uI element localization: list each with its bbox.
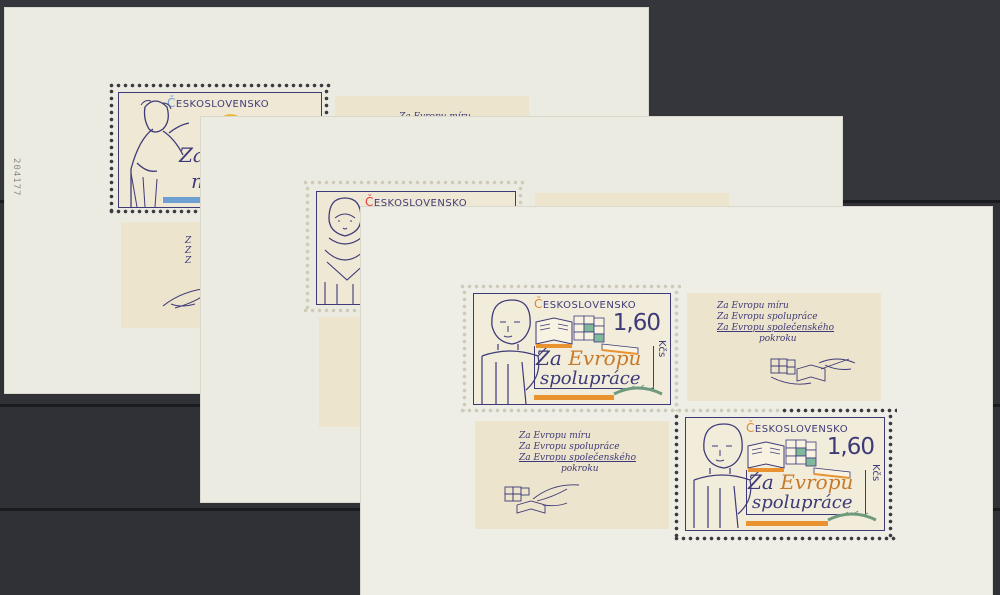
stamp-ground-band bbox=[746, 521, 828, 526]
perforation bbox=[108, 88, 116, 212]
perforation bbox=[302, 179, 526, 187]
sheet-label: Za Evropu míru Za Evropu spolupráce Za E… bbox=[687, 293, 881, 401]
stamp-currency: Kčs bbox=[656, 340, 667, 357]
label-text: Za Evropu míru Za Evropu spolupráce Za E… bbox=[519, 431, 636, 475]
books-and-wheat-illustration bbox=[503, 483, 583, 517]
wheat-ear-illustration bbox=[614, 384, 664, 398]
stamp-face-value: 1,60 bbox=[613, 310, 660, 336]
stamp-slogan: Za Evropu bbox=[748, 470, 853, 494]
perforation bbox=[673, 289, 681, 411]
stamp-slogan: Za Evropu bbox=[536, 346, 641, 370]
perforation bbox=[108, 82, 332, 90]
perforation bbox=[673, 413, 681, 539]
sheet-label: Za Evropu míru Za Evropu spolupráce Za E… bbox=[475, 421, 669, 529]
perforation bbox=[887, 413, 895, 539]
label-text: Za Evropu míru Za Evropu spolupráce Za E… bbox=[717, 301, 834, 345]
stamp-country: ČESKOSLOVENSKO bbox=[746, 421, 848, 435]
perforation bbox=[459, 283, 681, 291]
label-text: ZZZ bbox=[185, 236, 191, 266]
stamp-country: ČESKOSLOVENSKO bbox=[534, 297, 636, 311]
perforation bbox=[461, 289, 469, 411]
stamp-face-value: 1,60 bbox=[827, 434, 874, 460]
wheat-ear-illustration bbox=[828, 510, 878, 524]
serial-number: 204177 bbox=[11, 158, 21, 197]
perforation bbox=[673, 535, 897, 543]
stamp-cooperation: ČESKOSLOVENSKO 1,60 Kčs Za Evropu spolup… bbox=[685, 417, 885, 531]
stamp-ground-band bbox=[534, 395, 614, 400]
perforation bbox=[781, 407, 897, 415]
souvenir-sheet-front: ČESKOSLOVENSKO 1,60 Kčs Za Evropu spolup… bbox=[361, 207, 992, 595]
books-and-wheat-illustration bbox=[769, 355, 859, 389]
stamp-currency: Kčs bbox=[870, 464, 881, 481]
perforation bbox=[304, 185, 312, 311]
stamp-cooperation: ČESKOSLOVENSKO 1,60 Kčs Za Evropu spolup… bbox=[473, 293, 671, 405]
